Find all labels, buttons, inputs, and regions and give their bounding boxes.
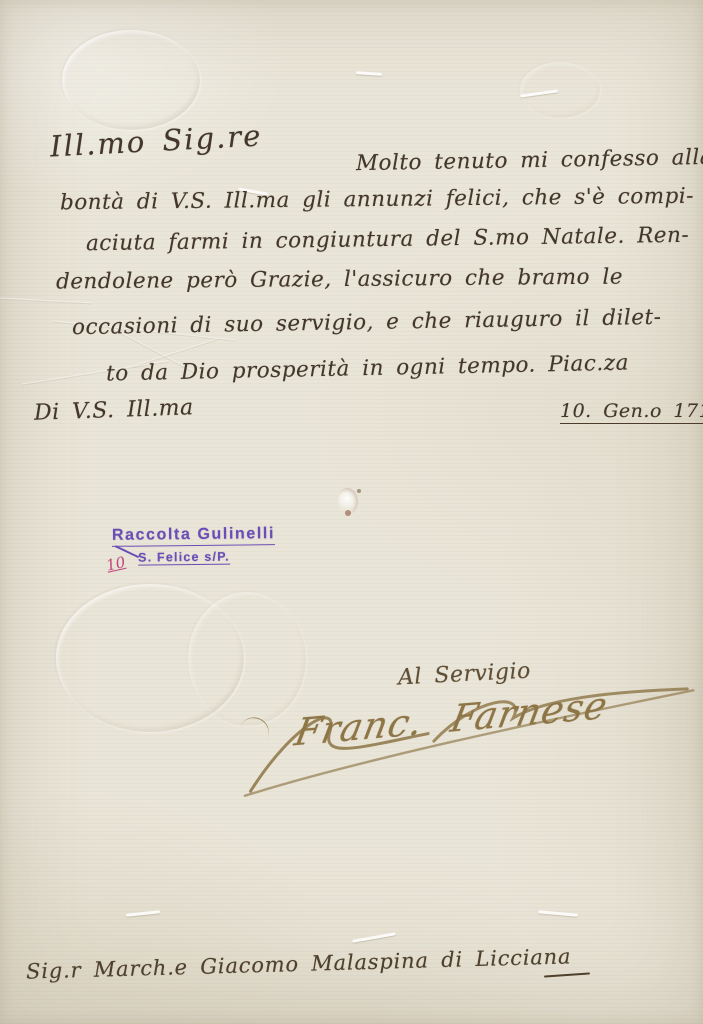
paper-crease	[0, 298, 92, 305]
embossed-seal	[62, 30, 200, 130]
dateline: 10. Gen.o 1716.	[560, 400, 703, 424]
collection-stamp: Raccolta Gulinelli S. Felice s/P. 10	[112, 523, 275, 566]
pen-flourish	[544, 972, 590, 977]
body-line: Molto tenuto mi confesso alla	[356, 145, 703, 176]
paper-nick	[356, 71, 382, 75]
paper-nick	[126, 910, 160, 917]
paper-nick	[352, 932, 396, 943]
ink-speck	[357, 489, 361, 493]
stamp-line-2: S. Felice s/P.	[138, 550, 230, 566]
body-line: to da Dio prosperità in ogni tempo. Piac…	[106, 351, 629, 387]
letter-page: Ill.mo Sig.re Molto tenuto mi confesso a…	[0, 0, 703, 1024]
body-line: dendolene però Grazie, l'assicuro che br…	[56, 265, 623, 295]
address-line: Sig.r March.e Giacomo Malaspina di Licci…	[26, 944, 572, 983]
paper-nick	[538, 910, 578, 916]
signature-block: Franc. Farnese	[235, 660, 703, 800]
body-line: bontà di V.S. Ill.ma gli annunzi felici,…	[60, 184, 694, 216]
salutation: Ill.mo Sig.re	[49, 118, 263, 163]
body-line: occasioni di suo servigio, e che riaugur…	[72, 305, 662, 340]
embossed-seal	[520, 62, 600, 118]
ink-speck	[345, 510, 351, 516]
closing-formula: Di V.S. Ill.ma	[34, 395, 194, 426]
stamp-inventory-number: 10	[104, 553, 127, 575]
stamp-line-1: Raccolta Gulinelli	[112, 525, 275, 547]
body-line: aciuta farmi in congiuntura del S.mo Nat…	[86, 223, 690, 256]
